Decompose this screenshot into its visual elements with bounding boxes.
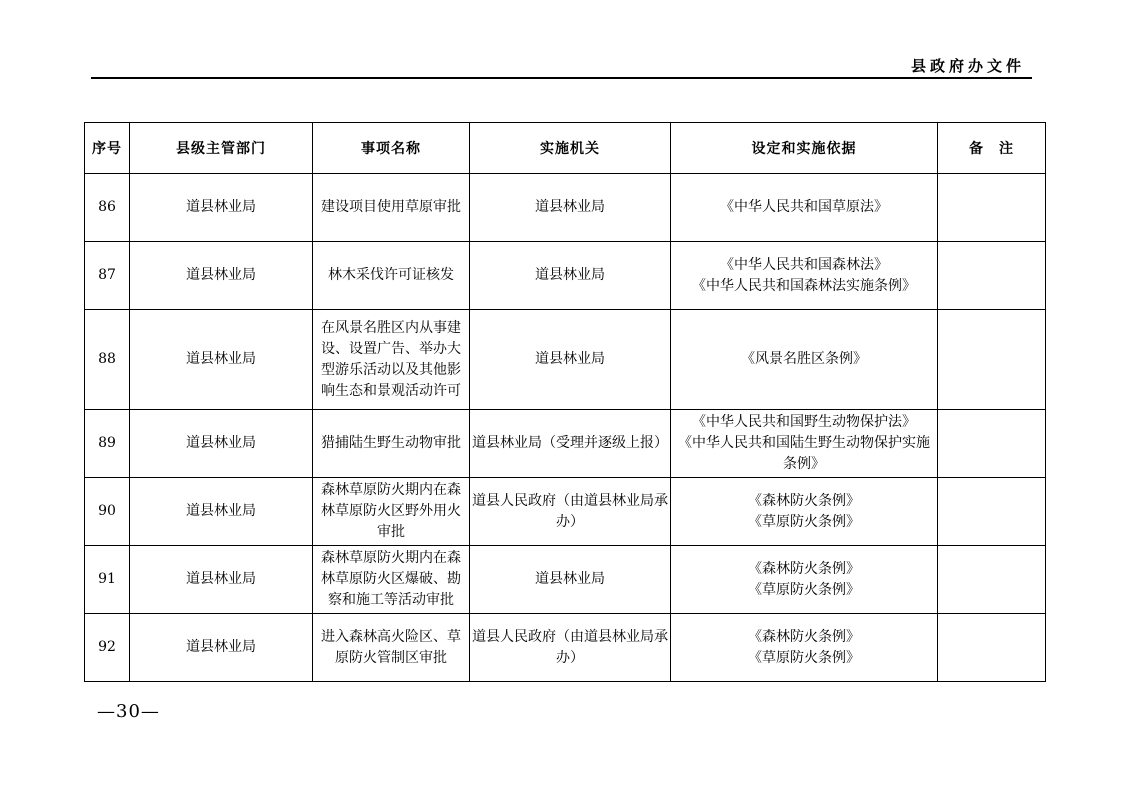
cell-dept: 道县林业局 xyxy=(130,478,313,546)
table-row: 89 道县林业局 猎捕陆生野生动物审批 道县林业局（受理并逐级上报） 《中华人民… xyxy=(85,410,1046,478)
basis-line: 《森林防火条例》 xyxy=(675,559,933,580)
basis-line: 《中华人民共和国陆生野生动物保护实施条例》 xyxy=(675,433,933,475)
basis-line: 《中华人民共和国森林法实施条例》 xyxy=(675,276,933,297)
col-header-note: 备 注 xyxy=(938,123,1046,174)
cell-seq: 89 xyxy=(85,410,130,478)
table-row: 90 道县林业局 森林草原防火期内在森林草原防火区野外用火审批 道县人民政府（由… xyxy=(85,478,1046,546)
cell-note xyxy=(938,242,1046,310)
cell-basis: 《森林防火条例》 《草原防火条例》 xyxy=(671,614,938,682)
cell-seq: 87 xyxy=(85,242,130,310)
cell-dept: 道县林业局 xyxy=(130,614,313,682)
cell-agency: 道县人民政府（由道县林业局承办） xyxy=(470,478,671,546)
cell-item: 森林草原防火期内在森林草原防火区野外用火审批 xyxy=(313,478,470,546)
cell-dept: 道县林业局 xyxy=(130,174,313,242)
cell-item: 在风景名胜区内从事建设、设置广告、举办大型游乐活动以及其他影响生态和景观活动许可 xyxy=(313,310,470,410)
cell-dept: 道县林业局 xyxy=(130,242,313,310)
table-row: 92 道县林业局 进入森林高火险区、草原防火管制区审批 道县人民政府（由道县林业… xyxy=(85,614,1046,682)
cell-basis: 《中华人民共和国野生动物保护法》 《中华人民共和国陆生野生动物保护实施条例》 xyxy=(671,410,938,478)
basis-line: 《草原防火条例》 xyxy=(675,512,933,533)
approval-items-table: 序号 县级主管部门 事项名称 实施机关 设定和实施依据 备 注 86 道县林业局… xyxy=(84,122,1046,682)
basis-line: 《中华人民共和国野生动物保护法》 xyxy=(675,412,933,433)
cell-note xyxy=(938,614,1046,682)
cell-basis: 《森林防火条例》 《草原防火条例》 xyxy=(671,546,938,614)
cell-item: 建设项目使用草原审批 xyxy=(313,174,470,242)
table-row: 91 道县林业局 森林草原防火期内在森林草原防火区爆破、勘察和施工等活动审批 道… xyxy=(85,546,1046,614)
col-header-item: 事项名称 xyxy=(313,123,470,174)
basis-line: 《草原防火条例》 xyxy=(675,580,933,601)
col-header-seq: 序号 xyxy=(85,123,130,174)
header-rule xyxy=(91,77,1032,79)
table-row: 88 道县林业局 在风景名胜区内从事建设、设置广告、举办大型游乐活动以及其他影响… xyxy=(85,310,1046,410)
cell-note xyxy=(938,310,1046,410)
cell-dept: 道县林业局 xyxy=(130,546,313,614)
cell-item: 进入森林高火险区、草原防火管制区审批 xyxy=(313,614,470,682)
table-row: 86 道县林业局 建设项目使用草原审批 道县林业局 《中华人民共和国草原法》 xyxy=(85,174,1046,242)
basis-line: 《风景名胜区条例》 xyxy=(675,349,933,370)
basis-line: 《森林防火条例》 xyxy=(675,491,933,512)
cell-agency: 道县林业局 xyxy=(470,174,671,242)
cell-dept: 道县林业局 xyxy=(130,310,313,410)
basis-line: 《中华人民共和国草原法》 xyxy=(675,197,933,218)
cell-item: 猎捕陆生野生动物审批 xyxy=(313,410,470,478)
document-page: 县政府办文件 序号 县级主管部门 事项名称 实施机关 设定和实施依据 备 注 8… xyxy=(0,0,1122,793)
basis-line: 《草原防火条例》 xyxy=(675,648,933,669)
cell-note xyxy=(938,478,1046,546)
cell-basis: 《中华人民共和国森林法》 《中华人民共和国森林法实施条例》 xyxy=(671,242,938,310)
page-number: —30— xyxy=(97,701,160,722)
table-row: 87 道县林业局 林木采伐许可证核发 道县林业局 《中华人民共和国森林法》 《中… xyxy=(85,242,1046,310)
cell-item: 林木采伐许可证核发 xyxy=(313,242,470,310)
cell-agency: 道县林业局 xyxy=(470,242,671,310)
cell-seq: 91 xyxy=(85,546,130,614)
cell-seq: 90 xyxy=(85,478,130,546)
cell-seq: 92 xyxy=(85,614,130,682)
document-header-label: 县政府办文件 xyxy=(911,55,1033,76)
cell-agency: 道县林业局 xyxy=(470,546,671,614)
cell-agency: 道县林业局（受理并逐级上报） xyxy=(470,410,671,478)
cell-item: 森林草原防火期内在森林草原防火区爆破、勘察和施工等活动审批 xyxy=(313,546,470,614)
col-header-dept: 县级主管部门 xyxy=(130,123,313,174)
col-header-agency: 实施机关 xyxy=(470,123,671,174)
basis-line: 《森林防火条例》 xyxy=(675,627,933,648)
cell-seq: 88 xyxy=(85,310,130,410)
cell-dept: 道县林业局 xyxy=(130,410,313,478)
table-header-row: 序号 县级主管部门 事项名称 实施机关 设定和实施依据 备 注 xyxy=(85,123,1046,174)
cell-note xyxy=(938,174,1046,242)
cell-note xyxy=(938,546,1046,614)
col-header-basis: 设定和实施依据 xyxy=(671,123,938,174)
cell-basis: 《森林防火条例》 《草原防火条例》 xyxy=(671,478,938,546)
cell-basis: 《风景名胜区条例》 xyxy=(671,310,938,410)
cell-seq: 86 xyxy=(85,174,130,242)
cell-agency: 道县林业局 xyxy=(470,310,671,410)
cell-basis: 《中华人民共和国草原法》 xyxy=(671,174,938,242)
cell-agency: 道县人民政府（由道县林业局承办） xyxy=(470,614,671,682)
basis-line: 《中华人民共和国森林法》 xyxy=(675,255,933,276)
cell-note xyxy=(938,410,1046,478)
